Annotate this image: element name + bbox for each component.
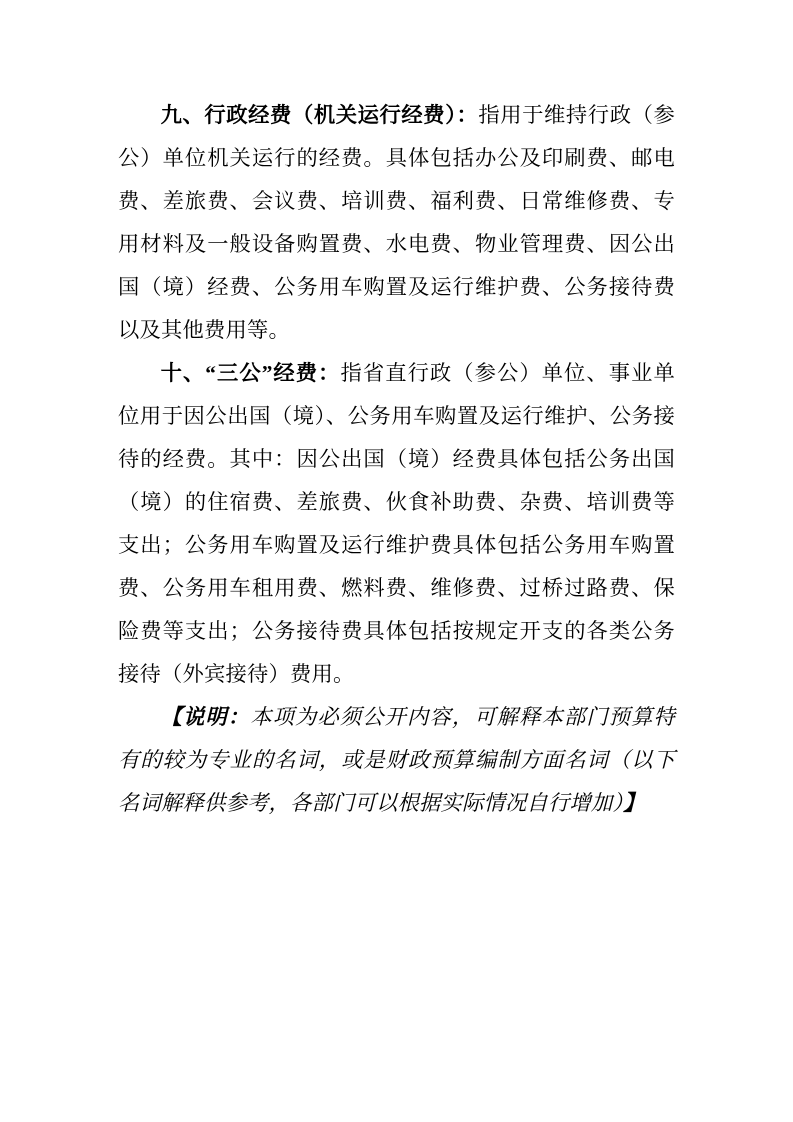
term-definition-three-public-expense: 指省直行政（参公）单位、事业单位用于因公出国（境）、公务用车购置及运行维护、公务…: [118, 361, 675, 686]
term-heading-three-public-expense: 十、“三公”经费：: [161, 361, 341, 385]
document-page: 九、行政经费（机关运行经费）：指用于维持行政（参公）单位机关运行的经费。具体包括…: [0, 0, 793, 1122]
term-definition-administrative-expense: 指用于维持行政（参公）单位机关运行的经费。具体包括办公及印刷费、邮电费、差旅费、…: [118, 103, 675, 342]
paragraph-explanation-note: 【说明：本项为必须公开内容，可解释本部门预算特有的较为专业的名词，或是财政预算编…: [118, 696, 675, 825]
paragraph-three-public-expense: 十、“三公”经费：指省直行政（参公）单位、事业单位用于因公出国（境）、公务用车购…: [118, 352, 675, 696]
paragraph-administrative-expense: 九、行政经费（机关运行经费）：指用于维持行政（参公）单位机关运行的经费。具体包括…: [118, 94, 675, 352]
note-closing-bracket: 】: [623, 791, 645, 815]
document-body: 九、行政经费（机关运行经费）：指用于维持行政（参公）单位机关运行的经费。具体包括…: [118, 94, 675, 825]
term-heading-administrative-expense: 九、行政经费（机关运行经费）：: [161, 103, 479, 127]
note-opening-label: 【说明：: [161, 705, 251, 729]
